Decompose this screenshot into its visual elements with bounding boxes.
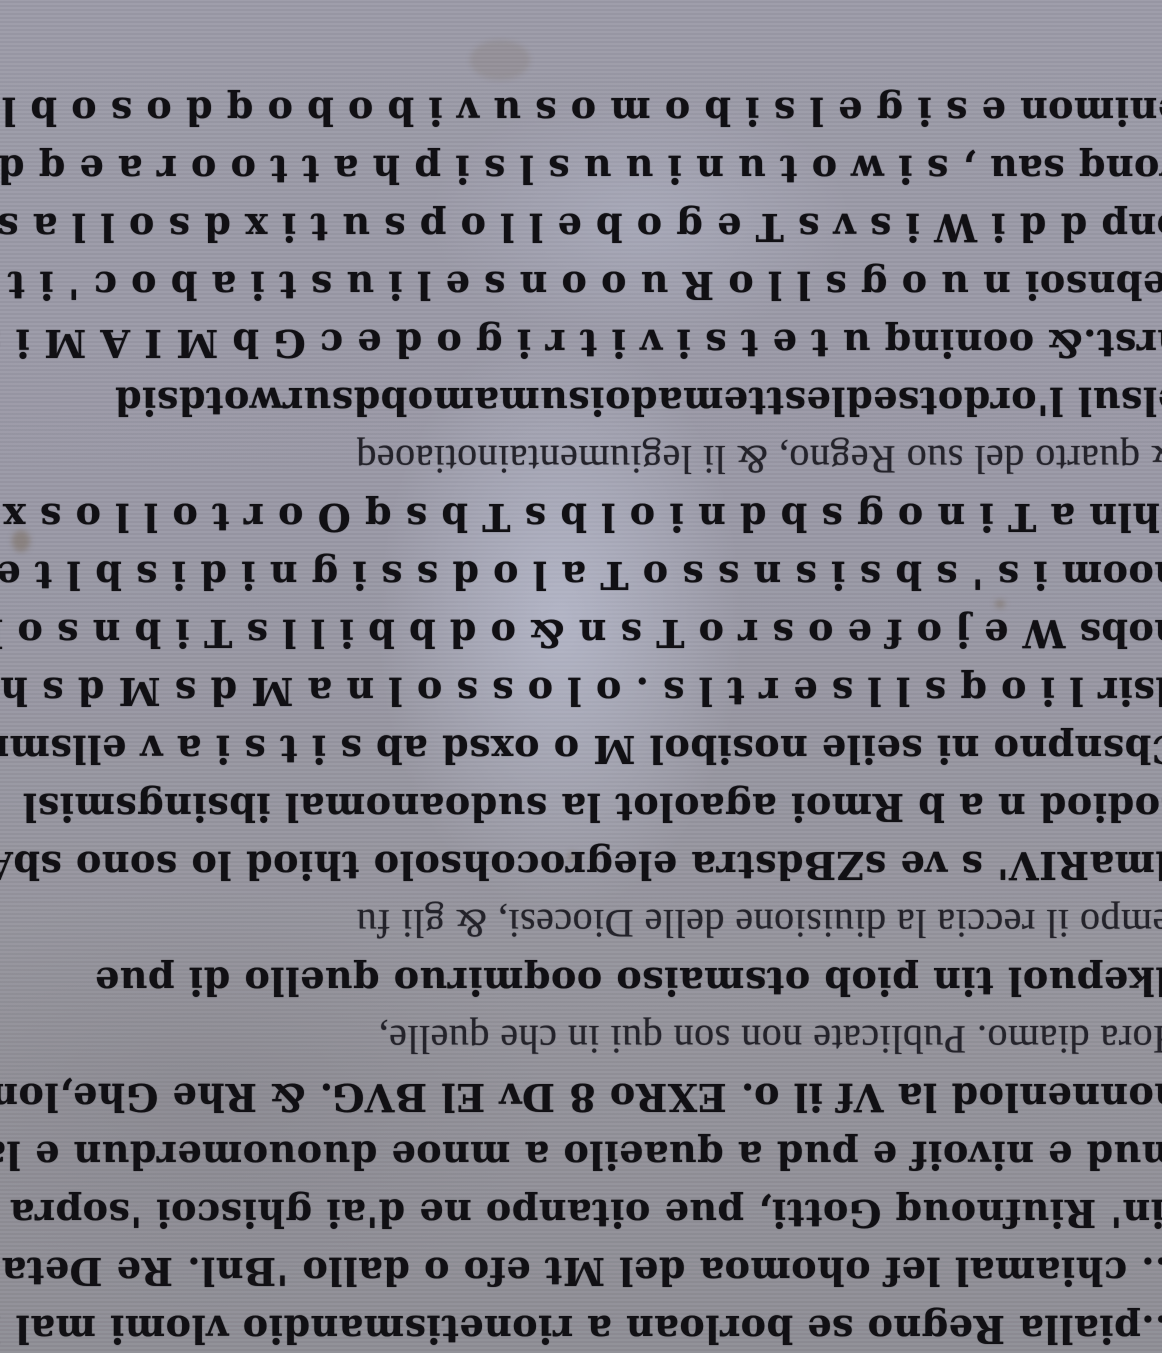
text-line: dmaRIV' s ve sZBdstra elegrocohsolo thio… (0, 843, 1162, 887)
text-line: noom i s ' s b s i s n s s o T a l o d s… (0, 553, 1162, 597)
text-line: ...pialla Regno se borloan a rionetisman… (0, 1307, 1162, 1351)
text-line: dsir l i o q s l l s e r t l s . o l o s… (0, 669, 1162, 713)
text-line: fin' Riufnouq Gotti, pue oitanpo ne d'ai… (0, 1191, 1162, 1235)
text-line: nobs W e j o f e o s r o T s n & o d b b… (0, 611, 1162, 655)
document-page: ...pialla Regno se borloan a rionetisman… (0, 0, 1162, 1353)
text-line: Cbsnpno ni seile nosibol M o oxsd ab s i… (0, 727, 1162, 771)
text-line: shln a T i n o g s b d n i o l b s T b s… (0, 495, 1162, 539)
text-line: honnenlod la Vf il o. EXRo 8 Dv El BVG. … (0, 1075, 1162, 1119)
text-line: Hora diamo. Publicate non son qui in che… (0, 1017, 1162, 1061)
text-line: onp d d i W i s v s T e g o b e l l o p … (0, 205, 1162, 249)
text-line: vonq sau , s i w o t u n i u u s l s i p… (0, 147, 1162, 191)
text-line: ... chiamal lef ohomoa del Mt efo o dall… (0, 1249, 1162, 1293)
text-line: & quarto del suo Regno, & li legiumentai… (0, 437, 1162, 481)
text-line: mud e nivoif e pud a quaeilo a mnoe duou… (0, 1133, 1162, 1177)
text-line: enimon e s i g e l s i b o m o s u v i b… (0, 89, 1162, 133)
text-line: arst.& ooninq u t e t s i v i t r i g o … (0, 321, 1162, 365)
text-line: tempo il reccia la diuisione delle Dioce… (0, 901, 1162, 945)
text-line: sodiod n a b Rmoi agaolot la sudoanomal … (0, 785, 1162, 829)
text-line: dkepuol tin piob otsmaiso ooqmiruo quell… (0, 959, 1162, 1003)
text-line: elsul l'ordotsedlesttemadoisumamobdsurwo… (0, 379, 1162, 423)
text-line: lebnsoi n u o g s l l o R u o o n s e l … (0, 263, 1162, 307)
rotated-text-block: ...pialla Regno se borloan a rionetisman… (0, 0, 1162, 1353)
